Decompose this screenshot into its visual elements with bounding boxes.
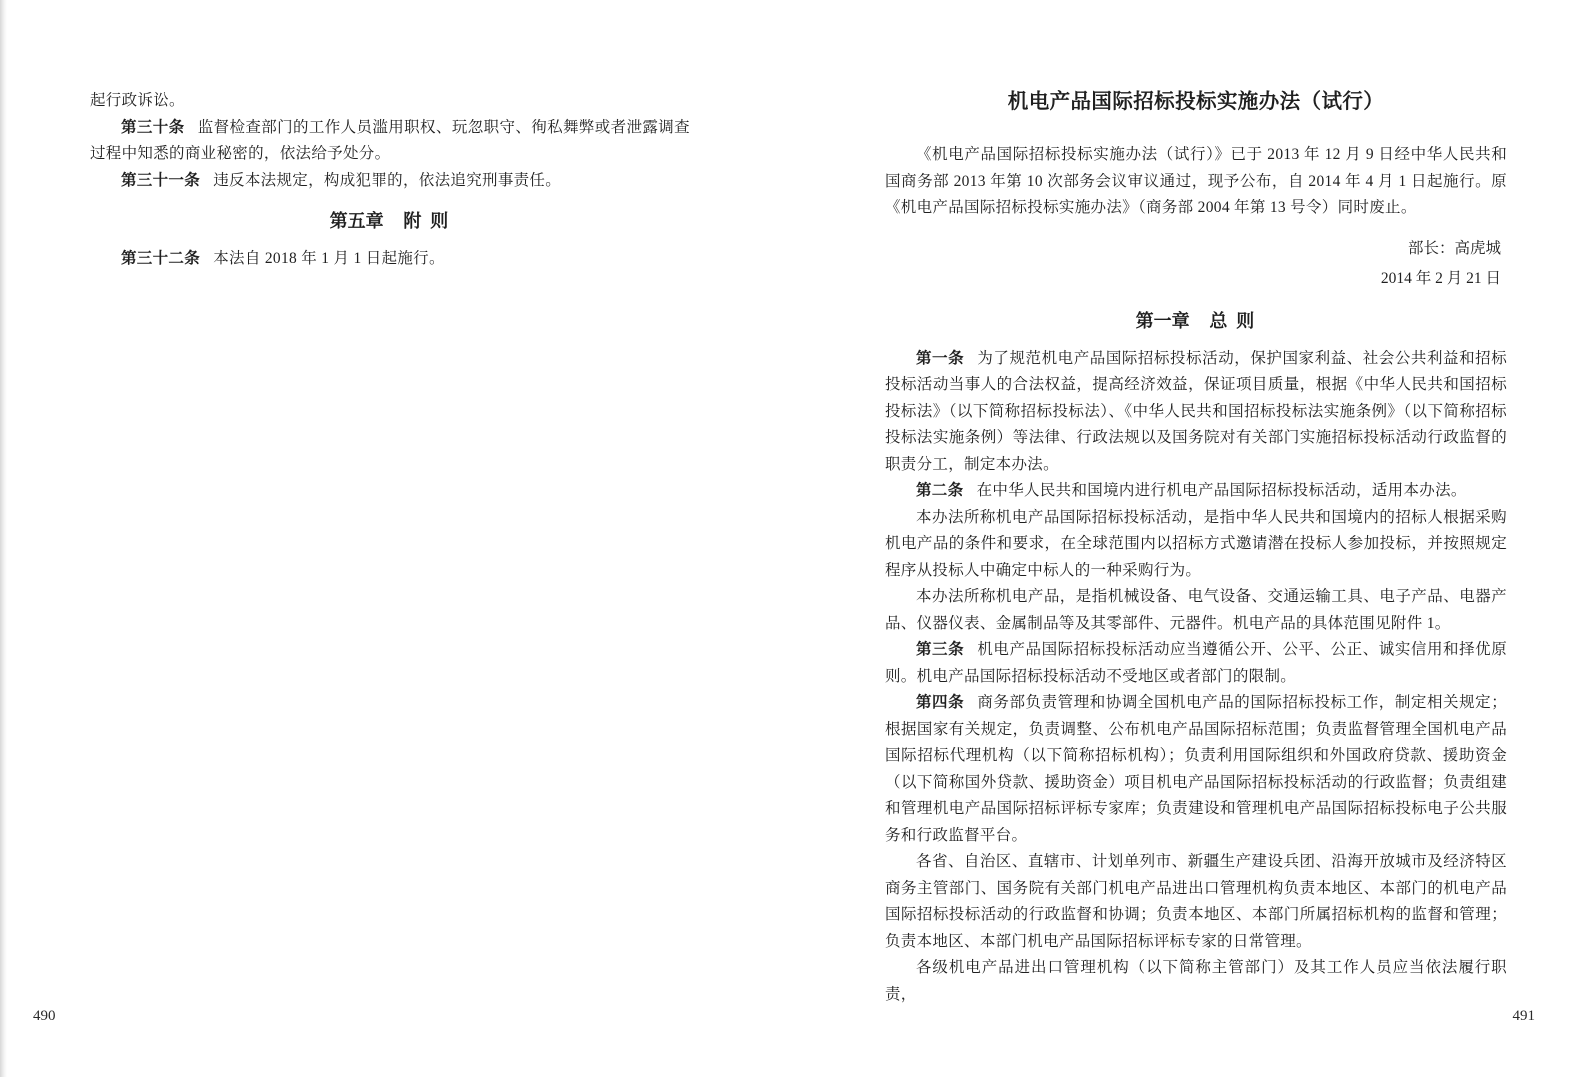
- paragraph-text: 为了规范机电产品国际招标投标活动，保护国家利益、社会公共利益和招标投标活动当事人…: [885, 350, 1507, 473]
- paragraph: 第三条机电产品国际招标投标活动应当遵循公开、公平、公正、诚实信用和择优原则。机电…: [885, 637, 1507, 690]
- paragraph-text: 本法自 2018 年 1 月 1 日起施行。: [213, 250, 445, 267]
- chapter-title: 总 则: [1209, 311, 1256, 331]
- paragraph: 各级机电产品进出口管理机构（以下简称主管部门）及其工作人员应当依法履行职责，: [885, 955, 1507, 1008]
- article-number: 第三条: [916, 641, 964, 658]
- paragraph-text: 在中华人民共和国境内进行机电产品国际招标投标活动，适用本办法。: [977, 482, 1467, 499]
- article-number: 第一条: [916, 350, 964, 367]
- article-number: 第三十一条: [121, 172, 200, 189]
- paragraph-text: 商务部负责管理和协调全国机电产品的国际招标投标工作，制定相关规定；根据国家有关规…: [885, 694, 1507, 844]
- paragraph: 本办法所称机电产品国际招标投标活动，是指中华人民共和国境内的招标人根据采购机电产…: [885, 505, 1507, 585]
- paragraph-text: 起行政诉讼。: [90, 92, 185, 109]
- article-number: 第四条: [916, 694, 964, 711]
- paragraph-text: 违反本法规定，构成犯罪的，依法追究刑事责任。: [213, 172, 561, 189]
- paragraph: 第二条在中华人民共和国境内进行机电产品国际招标投标活动，适用本办法。: [885, 478, 1507, 505]
- date-line: 2014 年 2 月 21 日: [885, 264, 1501, 294]
- paragraph-text: 各级机电产品进出口管理机构（以下简称主管部门）及其工作人员应当依法履行职责，: [885, 959, 1507, 1003]
- paragraph-text: 本办法所称机电产品，是指机械设备、电气设备、交通运输工具、电子产品、电器产品、仪…: [885, 588, 1507, 632]
- paragraph-text: 机电产品国际招标投标活动应当遵循公开、公平、公正、诚实信用和择优原则。机电产品国…: [885, 641, 1507, 685]
- paragraph: 各省、自治区、直辖市、计划单列市、新疆生产建设兵团、沿海开放城市及经济特区商务主…: [885, 849, 1507, 955]
- paragraph: 起行政诉讼。: [90, 88, 690, 115]
- paragraph: 第四条商务部负责管理和协调全国机电产品的国际招标投标工作，制定相关规定；根据国家…: [885, 690, 1507, 849]
- signature-block: 部长：高虎城 2014 年 2 月 21 日: [885, 234, 1507, 294]
- page-490: 起行政诉讼。 第三十条监督检查部门的工作人员滥用职权、玩忽职守、徇私舞弊或者泄露…: [90, 88, 690, 273]
- paragraph-text: 各省、自治区、直辖市、计划单列市、新疆生产建设兵团、沿海开放城市及经济特区商务主…: [885, 853, 1507, 950]
- chapter-number: 第一章: [1136, 311, 1190, 331]
- paragraph-text: 本办法所称机电产品国际招标投标活动，是指中华人民共和国境内的招标人根据采购机电产…: [885, 509, 1507, 579]
- paragraph: 第三十条监督检查部门的工作人员滥用职权、玩忽职守、徇私舞弊或者泄露调查过程中知悉…: [90, 115, 690, 168]
- document-title: 机电产品国际招标投标实施办法（试行）: [885, 88, 1507, 116]
- page-491: 机电产品国际招标投标实施办法（试行） 《机电产品国际招标投标实施办法（试行）》已…: [885, 88, 1507, 1008]
- chapter-heading: 第一章总 则: [885, 309, 1507, 333]
- article-number: 第三十二条: [121, 250, 200, 267]
- paragraph: 本办法所称机电产品，是指机械设备、电气设备、交通运输工具、电子产品、电器产品、仪…: [885, 584, 1507, 637]
- chapter-number: 第五章: [330, 211, 384, 231]
- signer-line: 部长：高虎城: [885, 234, 1501, 264]
- paragraph: 第一条为了规范机电产品国际招标投标活动，保护国家利益、社会公共利益和招标投标活动…: [885, 346, 1507, 479]
- scan-left-edge: [0, 0, 7, 1077]
- paragraph: 第三十二条本法自 2018 年 1 月 1 日起施行。: [90, 246, 690, 273]
- article-number: 第二条: [916, 482, 963, 499]
- page-number-left: 490: [33, 1007, 56, 1025]
- chapter-heading: 第五章附 则: [90, 209, 690, 233]
- intro-paragraph: 《机电产品国际招标投标实施办法（试行）》已于 2013 年 12 月 9 日经中…: [885, 142, 1507, 222]
- chapter-title: 附 则: [403, 211, 450, 231]
- page-number-right: 491: [1513, 1007, 1536, 1025]
- article-number: 第三十条: [121, 119, 185, 136]
- paragraph: 第三十一条违反本法规定，构成犯罪的，依法追究刑事责任。: [90, 168, 690, 195]
